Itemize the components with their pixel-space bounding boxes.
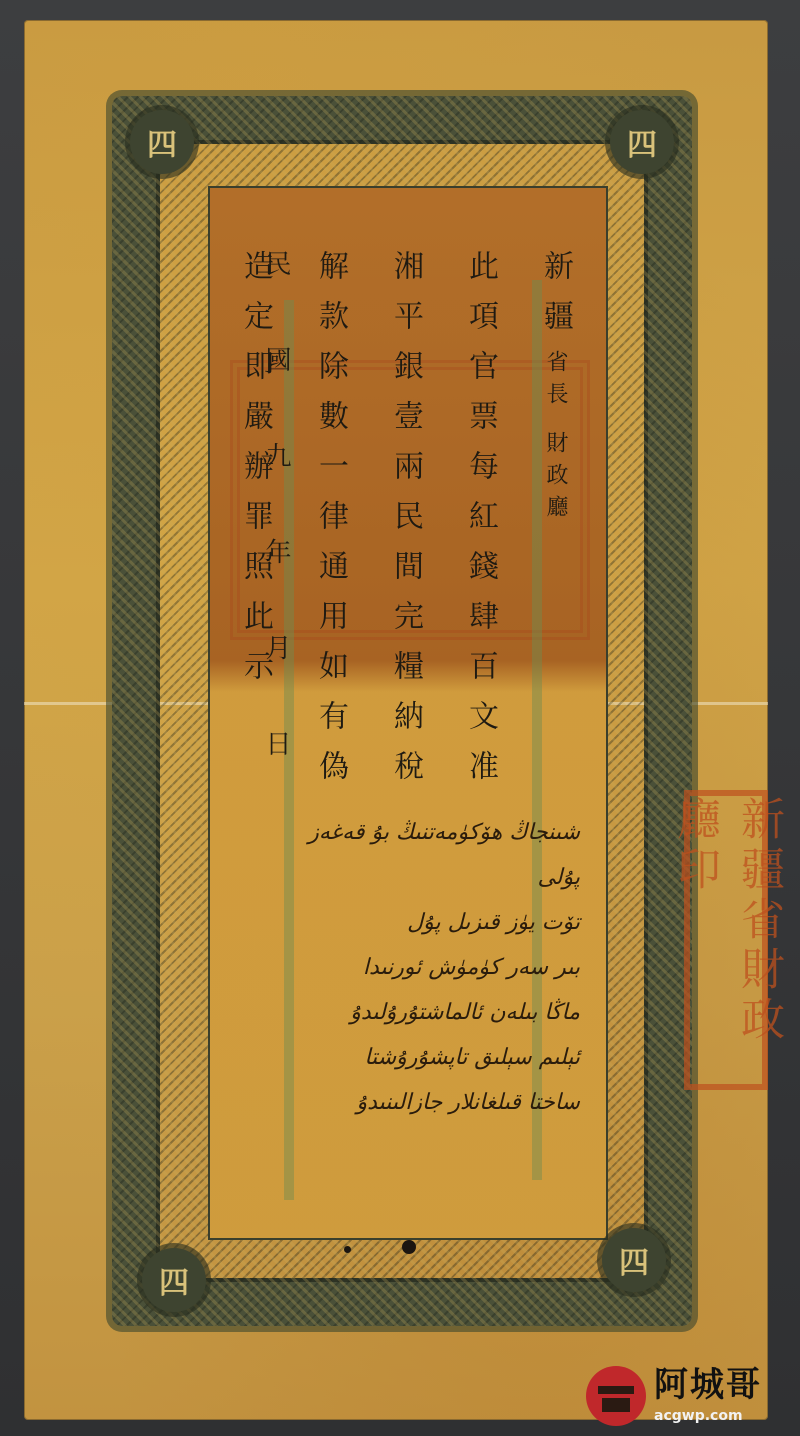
palace-logo-icon [586,1366,646,1426]
date-char: 月 [261,634,291,730]
corner-numeral-bottom-left: 四 [142,1248,206,1312]
watermark: 阿城哥 acgwp.com [586,1366,762,1426]
watermark-url: acgwp.com [654,1408,762,1424]
text-column-1: 新疆 省長 財政廳 [540,250,570,800]
date-column: 民國九年月日 [258,250,295,826]
date-char: 年 [261,538,291,634]
date-char: 民 [261,250,291,346]
uyghur-line: بىر سەر كۈمۈش ئورنىدا [270,945,580,990]
uyghur-line: ئېلىم سېلىق تاپشۇرۇشتا [270,1035,580,1080]
watermark-brand: 阿城哥 [654,1368,762,1402]
paper-hole [402,1240,416,1254]
uyghur-line: شىنجاڭ ھۆكۈمەتنىڭ بۇ قەغەز پۇلى [270,810,580,900]
uyghur-line: ساختا قىلغانلار جازالىنىدۇ [270,1080,580,1125]
date-char: 國 [261,346,291,442]
text-column-title: 新疆 [540,250,570,350]
uyghur-line: تۆت يۈز قىزىل پۇل [270,900,580,945]
text-column-subtitle: 省長 財政廳 [544,350,566,527]
uyghur-text-block: شىنجاڭ ھۆكۈمەتنىڭ بۇ قەغەز پۇلى تۆت يۈز … [270,810,580,1125]
corner-numeral-bottom-right: 四 [602,1228,666,1292]
paper-hole [344,1246,351,1253]
text-column-3: 湘平銀壹兩民間完糧納稅 [390,250,420,800]
text-column-2: 此項官票每紅錢肆百文准 [465,250,495,800]
red-seal-stamp: 新疆省財政廳印 [684,790,768,1090]
uyghur-line: ماڭا بىلەن ئالماشتۇرۇلىدۇ [270,990,580,1035]
corner-numeral-top-left: 四 [130,110,194,174]
corner-numeral-top-right: 四 [610,110,674,174]
text-column-4: 解款除數一律通用如有偽 [315,250,345,800]
date-char: 九 [261,442,291,538]
